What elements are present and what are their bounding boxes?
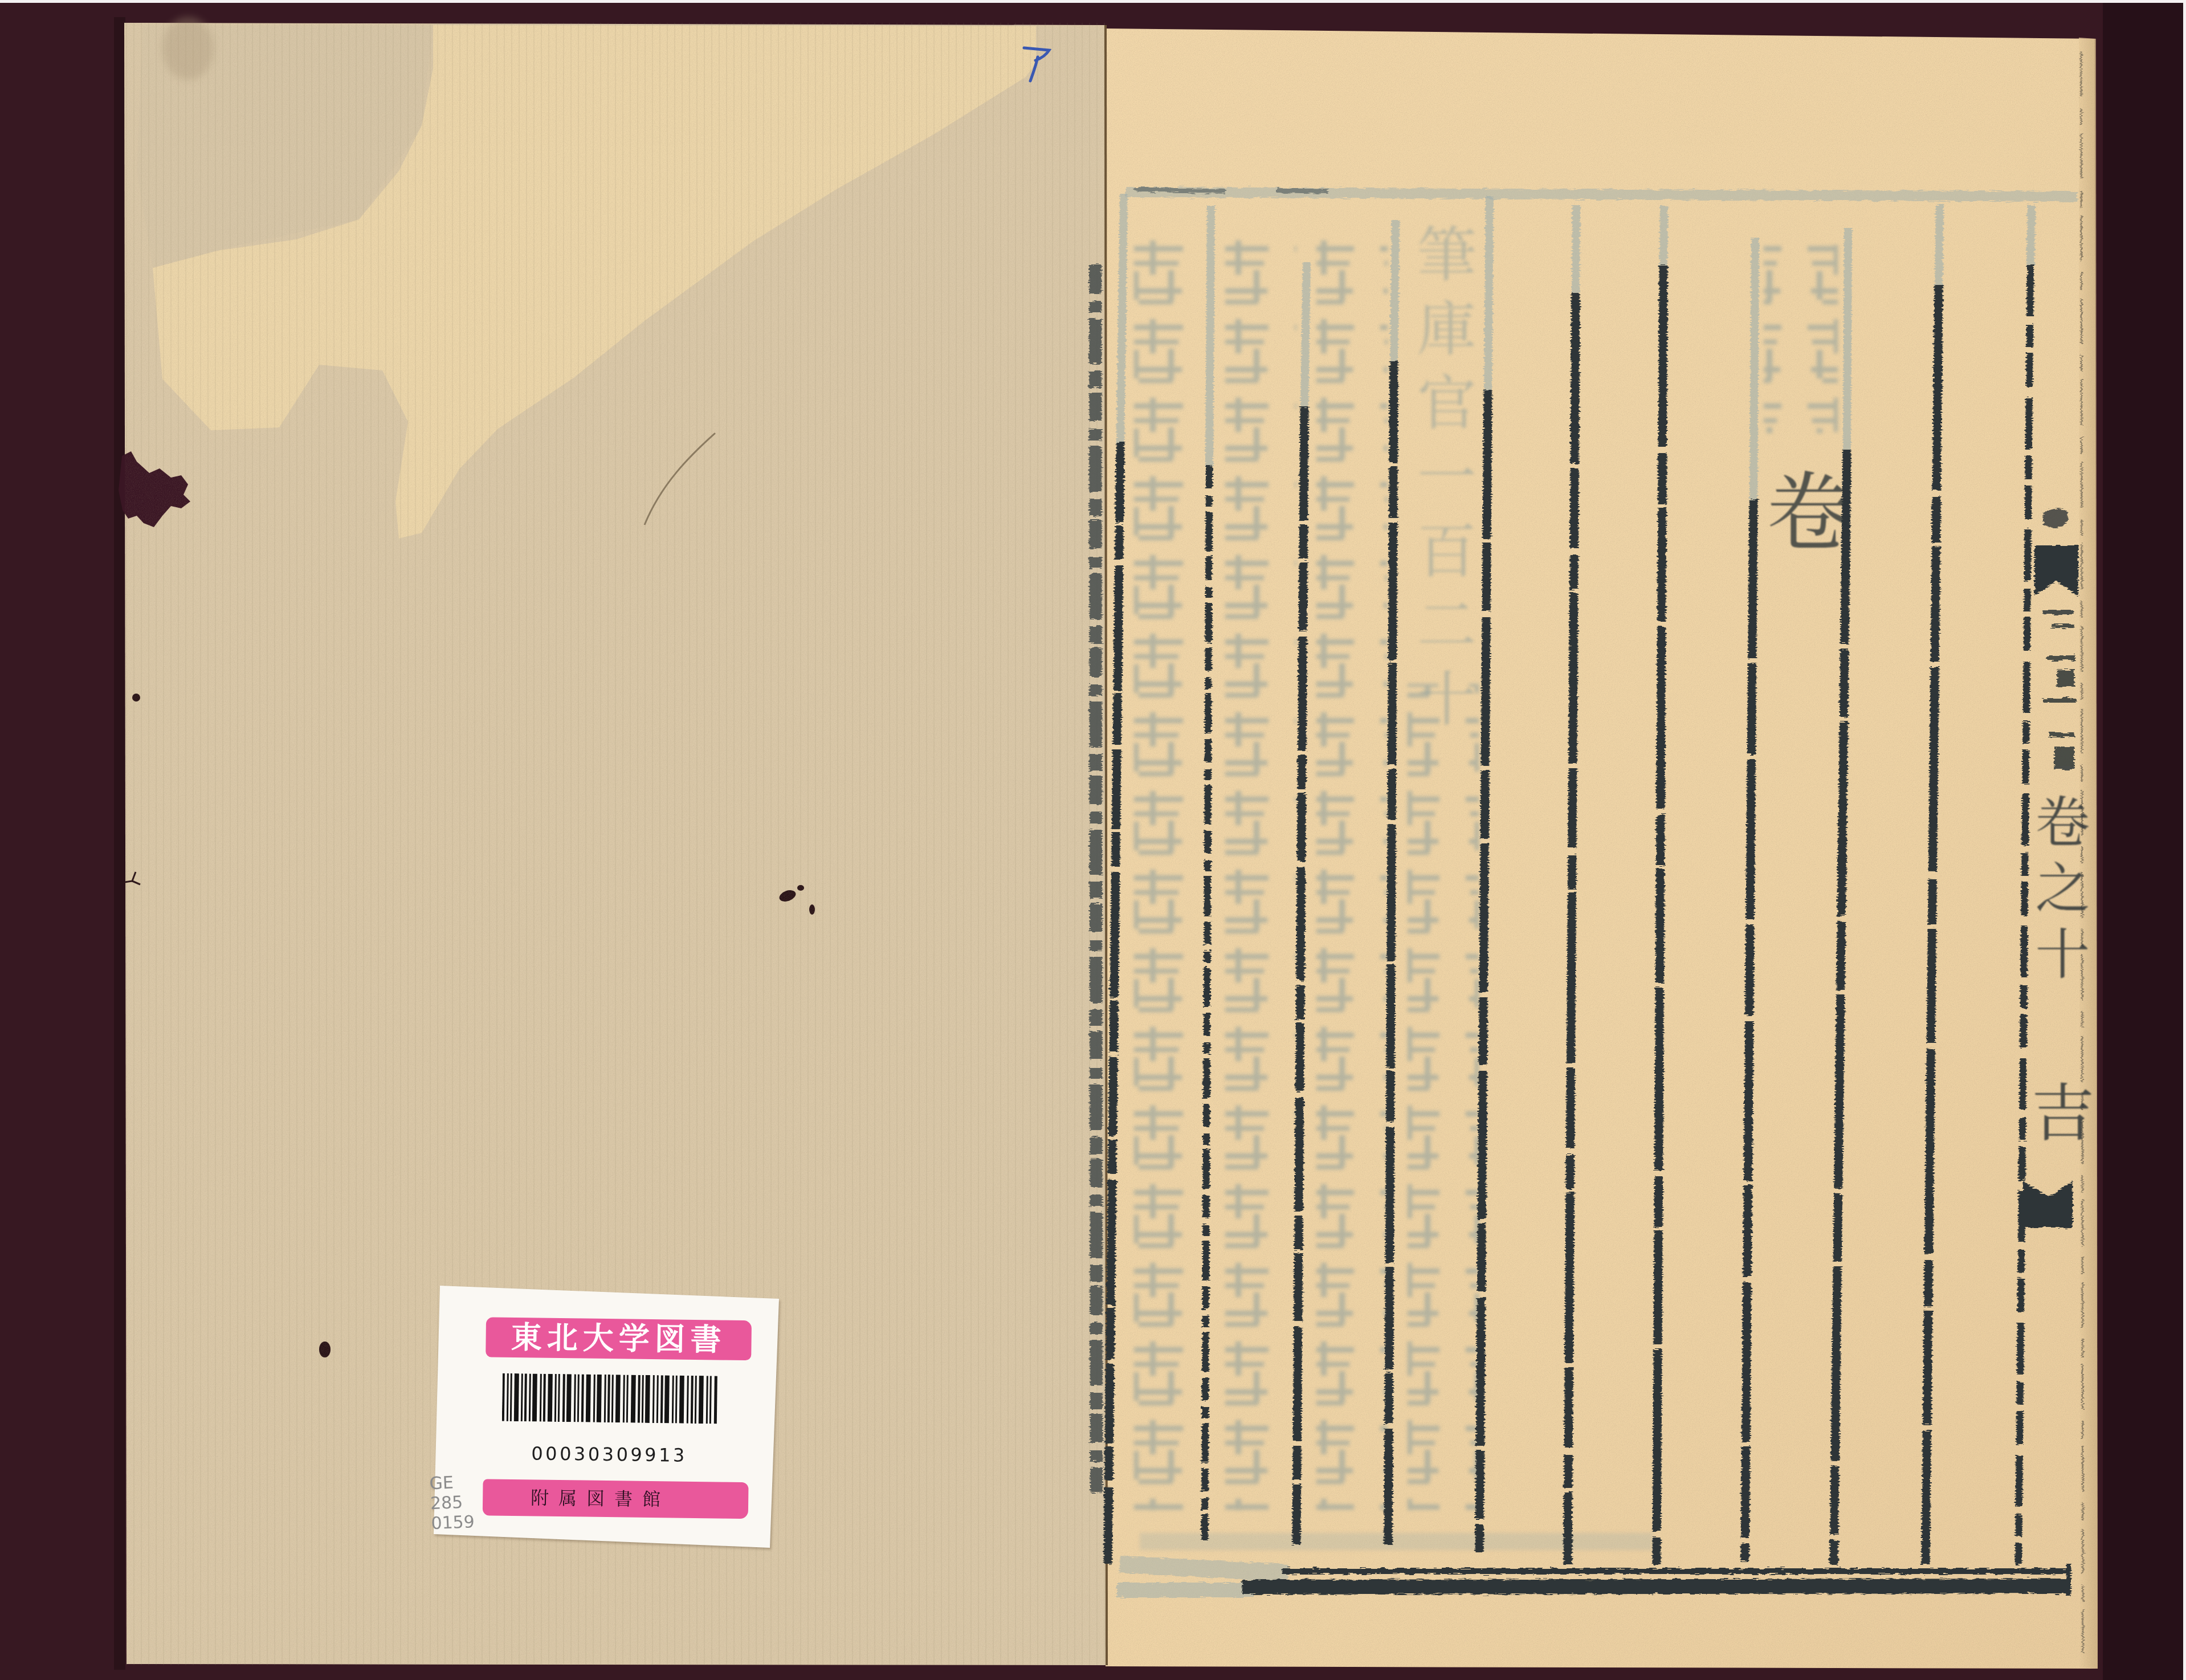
pencil-line: GE [429, 1472, 474, 1494]
pencil-line: 285 [430, 1492, 474, 1514]
pencil-line: 0159 [431, 1512, 475, 1534]
label-header-band: 東北大学図書 [486, 1317, 752, 1360]
fold-leaf-mark: 吉 [2026, 1080, 2089, 1143]
fold-column-text: 卷之十 [2031, 793, 2086, 992]
barcode [502, 1373, 718, 1424]
label-footer-band: 附属図書館 [483, 1479, 749, 1519]
label-footer-text: 附属図書館 [531, 1487, 670, 1510]
title-box-text: 卷 [1759, 467, 1844, 553]
faded-offset-text-column: 筆庫官一百二十 [1412, 223, 1471, 742]
barcode-number: 00030309913 [501, 1443, 717, 1466]
bottom-border [1117, 1564, 2069, 1596]
ruled-line [1205, 466, 1209, 1540]
pencil-call-number: GE 285 0159 [429, 1472, 475, 1534]
ruled-line [1388, 361, 1394, 1544]
book-scan-scene [0, 0, 2186, 1680]
top-border [1125, 192, 2077, 197]
library-barcode-label: 東北大学図書 [434, 1282, 782, 1551]
label-header-text: 東北大学図書 [511, 1320, 727, 1357]
